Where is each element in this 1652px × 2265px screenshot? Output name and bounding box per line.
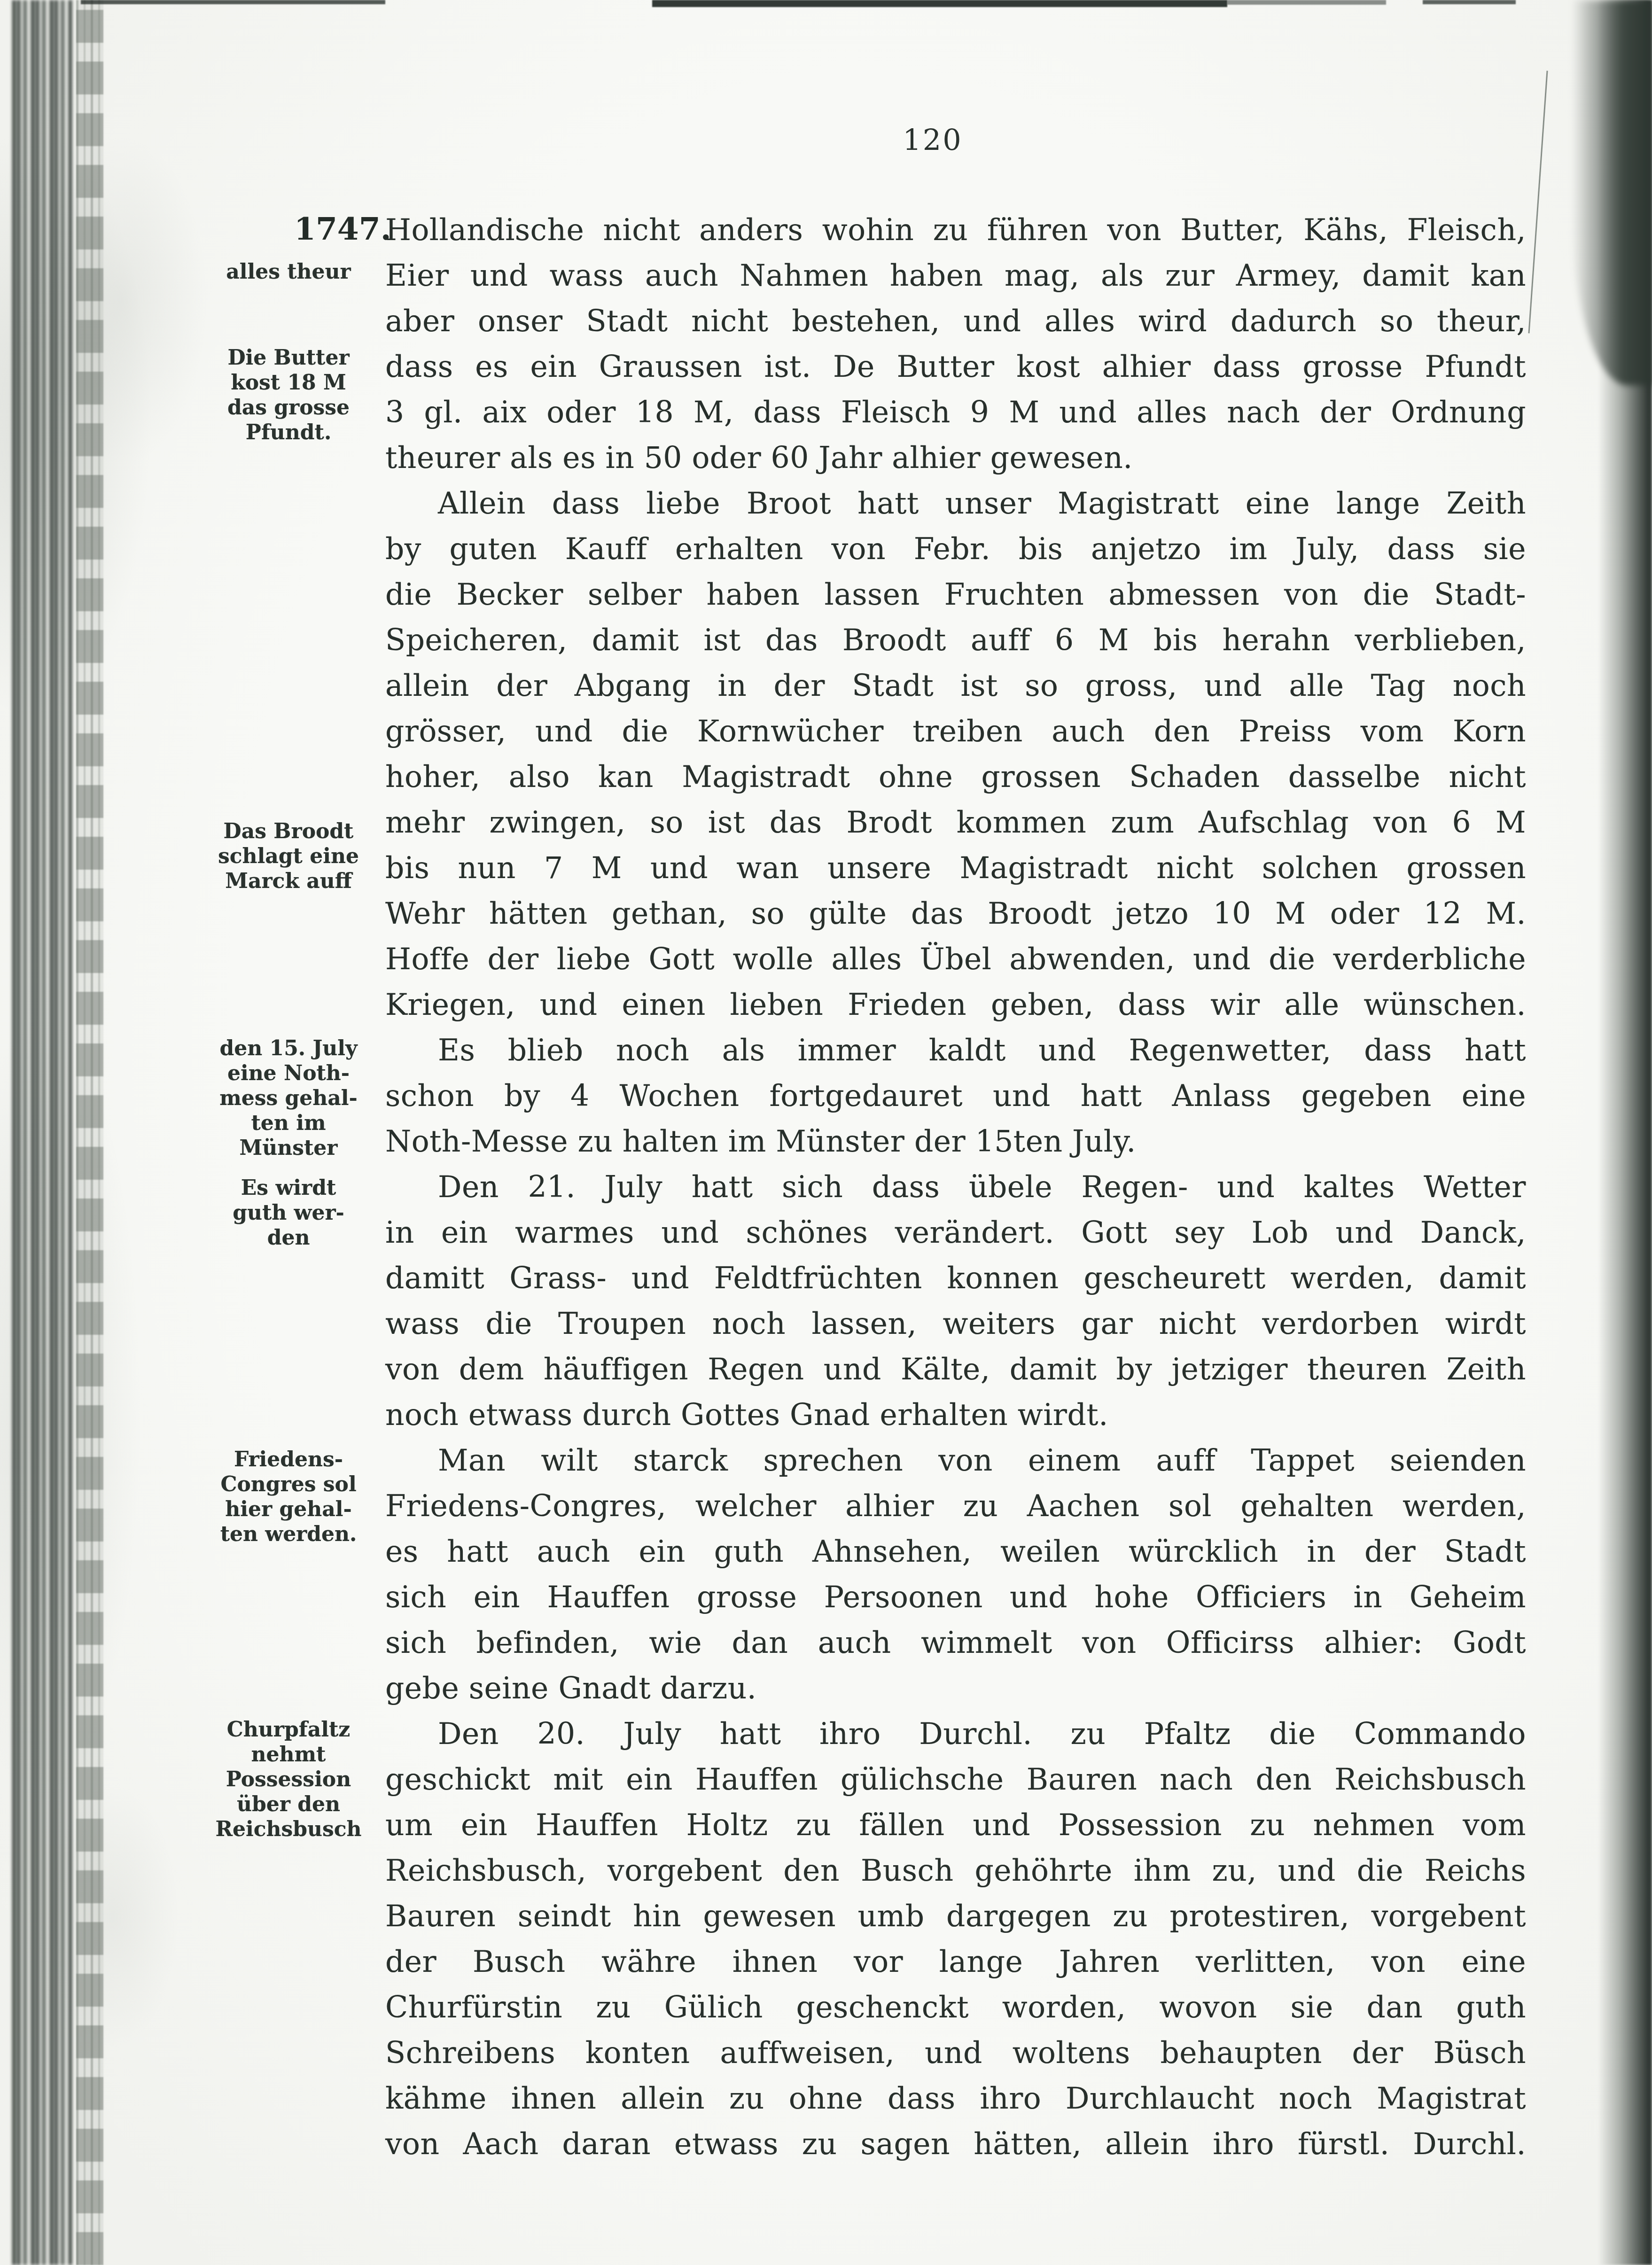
- page-number: 120: [883, 125, 982, 155]
- body-line-1: Hollandische nicht anders wohin zu führe…: [385, 211, 1526, 249]
- margin-note-line: den: [192, 1225, 385, 1250]
- body-line-43: von Aach daran etwass zu sagen hätten, a…: [385, 2125, 1526, 2163]
- body-line-30: es hatt auch ein guth Ahnsehen, weilen w…: [385, 1533, 1526, 1571]
- margin-note-line: Congres sol: [192, 1472, 385, 1497]
- body-line-29: Friedens-Congres, welcher alhier zu Aach…: [385, 1487, 1526, 1525]
- body-line-39: der Busch währe ihnen vor lange Jahren v…: [385, 1943, 1526, 1981]
- binding-shadow: [12, 0, 72, 2265]
- body-line-26: von dem häuffigen Regen und Kälte, damit…: [385, 1351, 1526, 1388]
- margin-note-line: Friedens-: [192, 1447, 385, 1472]
- body-line-2: Eier und wass auch Nahmen haben mag, als…: [385, 257, 1526, 295]
- margin-note-friedens-congres: Friedens-Congres solhier gehal-ten werde…: [192, 1447, 385, 1547]
- body-line-42: kähme ihnen allein zu ohne dass ihro Dur…: [385, 2080, 1526, 2117]
- scan-artifact-top: [652, 0, 1227, 7]
- body-line-36: um ein Hauffen Holtz zu fällen und Posse…: [385, 1806, 1526, 1844]
- body-line-15: bis nun 7 M und wan unsere Magistradt ni…: [385, 849, 1526, 887]
- body-line-37: Reichsbusch, vorgebent den Busch gehöhrt…: [385, 1852, 1526, 1890]
- scan-artifact-top: [1423, 0, 1516, 4]
- body-line-22: Den 21. July hatt sich dass übele Regen-…: [438, 1168, 1526, 1206]
- body-line-19: Es blieb noch als immer kaldt und Regenw…: [438, 1032, 1526, 1069]
- body-line-7: Allein dass liebe Broot hatt unser Magis…: [438, 485, 1526, 522]
- margin-note-line: guth wer-: [192, 1200, 385, 1225]
- scan-artifact-top: [1227, 0, 1386, 5]
- margin-note-line: den 15. July: [192, 1036, 385, 1061]
- margin-note-line: Münster: [192, 1136, 385, 1160]
- body-line-5: 3 gl. aix oder 18 M, dass Fleisch 9 M un…: [385, 394, 1526, 431]
- body-line-41: Schreibens konten auffweisen, und wolten…: [385, 2034, 1526, 2072]
- body-line-28: Man wilt starck sprechen von einem auff …: [438, 1442, 1526, 1479]
- margin-note-line: kost 18 M: [192, 370, 385, 395]
- body-line-24: damitt Grass- und Feldtfrüchten konnen g…: [385, 1260, 1526, 1297]
- margin-note-line: alles theur: [192, 259, 385, 284]
- margin-note-line: schlagt eine: [192, 844, 385, 869]
- body-line-23: in ein warmes und schönes verändert. Got…: [385, 1214, 1526, 1252]
- body-line-12: grösser, und die Kornwücher treiben auch…: [385, 713, 1526, 750]
- body-line-17: Hoffe der liebe Gott wolle alles Übel ab…: [385, 941, 1526, 978]
- margin-note-line: ten werden.: [192, 1522, 385, 1547]
- body-line-20: schon by 4 Wochen fortgedauret und hatt …: [385, 1077, 1526, 1115]
- body-line-9: die Becker selber haben lassen Fruchten …: [385, 576, 1526, 614]
- binding-shadow-streaks: [76, 0, 103, 2265]
- crease-line: [1528, 71, 1548, 334]
- body-line-21: Noth-Messe zu halten im Münster der 15te…: [385, 1123, 1526, 1160]
- scanned-page: 120 1747. alles theurDie Butterkost 18 M…: [0, 0, 1652, 2265]
- margin-note-line: Marck auff: [192, 869, 385, 894]
- margin-note-line: Churpfaltz: [192, 1717, 385, 1742]
- body-line-35: geschickt mit ein Hauffen gülichsche Bau…: [385, 1761, 1526, 1798]
- margin-note-guth-werden: Es wirdtguth wer-den: [192, 1175, 385, 1250]
- body-line-40: Churfürstin zu Gülich geschenckt worden,…: [385, 1989, 1526, 2026]
- margin-note-line: mess gehal-: [192, 1086, 385, 1111]
- body-line-34: Den 20. July hatt ihro Durchl. zu Pfaltz…: [438, 1715, 1526, 1753]
- scan-artifact-top: [81, 0, 385, 4]
- margin-note-line: ten im: [192, 1111, 385, 1136]
- body-line-14: mehr zwingen, so ist das Brodt kommen zu…: [385, 804, 1526, 841]
- margin-note-line: Reichsbusch: [192, 1817, 385, 1842]
- body-line-27: noch etwass durch Gottes Gnad erhalten w…: [385, 1396, 1526, 1434]
- margin-note-butter-preis: Die Butterkost 18 Mdas grossePfundt.: [192, 345, 385, 445]
- margin-note-alles-theur: alles theur: [192, 259, 385, 284]
- margin-note-line: nehmt: [192, 1742, 385, 1767]
- margin-note-line: das grosse: [192, 395, 385, 420]
- year-label: 1747.: [294, 212, 391, 245]
- margin-note-line: Es wirdt: [192, 1175, 385, 1200]
- margin-note-line: Die Butter: [192, 345, 385, 370]
- margin-note-line: über den: [192, 1792, 385, 1817]
- body-line-11: allein der Abgang in der Stadt ist so gr…: [385, 667, 1526, 705]
- body-line-31: sich ein Hauffen grosse Persoonen und ho…: [385, 1579, 1526, 1616]
- margin-note-line: hier gehal-: [192, 1497, 385, 1522]
- body-line-38: Bauren seindt hin gewesen umb dargegen z…: [385, 1898, 1526, 1935]
- margin-note-line: Pfundt.: [192, 420, 385, 445]
- body-line-4: dass es ein Graussen ist. De Butter kost…: [385, 348, 1526, 386]
- body-line-32: sich befinden, wie dan auch wimmelt von …: [385, 1624, 1526, 1662]
- body-line-8: by guten Kauff erhalten von Febr. bis an…: [385, 530, 1526, 568]
- body-line-25: wass die Troupen noch lassen, weiters ga…: [385, 1305, 1526, 1343]
- body-line-18: Kriegen, und einen lieben Frieden geben,…: [385, 986, 1526, 1024]
- body-line-6: theurer als es in 50 oder 60 Jahr alhier…: [385, 439, 1526, 477]
- body-line-10: Speicheren, damit ist das Broodt auff 6 …: [385, 622, 1526, 659]
- body-line-3: aber onser Stadt nicht bestehen, und all…: [385, 303, 1526, 340]
- margin-note-line: Possession: [192, 1767, 385, 1792]
- margin-note-line: Das Broodt: [192, 819, 385, 844]
- page-corner-shadow: [1572, 0, 1652, 385]
- margin-note-nothmess: den 15. Julyeine Noth-mess gehal-ten imM…: [192, 1036, 385, 1160]
- body-line-33: gebe seine Gnadt darzu.: [385, 1670, 1526, 1707]
- margin-note-line: eine Noth-: [192, 1061, 385, 1086]
- body-line-16: Wehr hätten gethan, so gülte das Broodt …: [385, 895, 1526, 933]
- body-line-13: hoher, also kan Magistradt ohne grossen …: [385, 758, 1526, 796]
- margin-note-broodt: Das Broodtschlagt eineMarck auff: [192, 819, 385, 894]
- margin-note-churpfaltz: ChurpfaltznehmtPossessionüber denReichsb…: [192, 1717, 385, 1842]
